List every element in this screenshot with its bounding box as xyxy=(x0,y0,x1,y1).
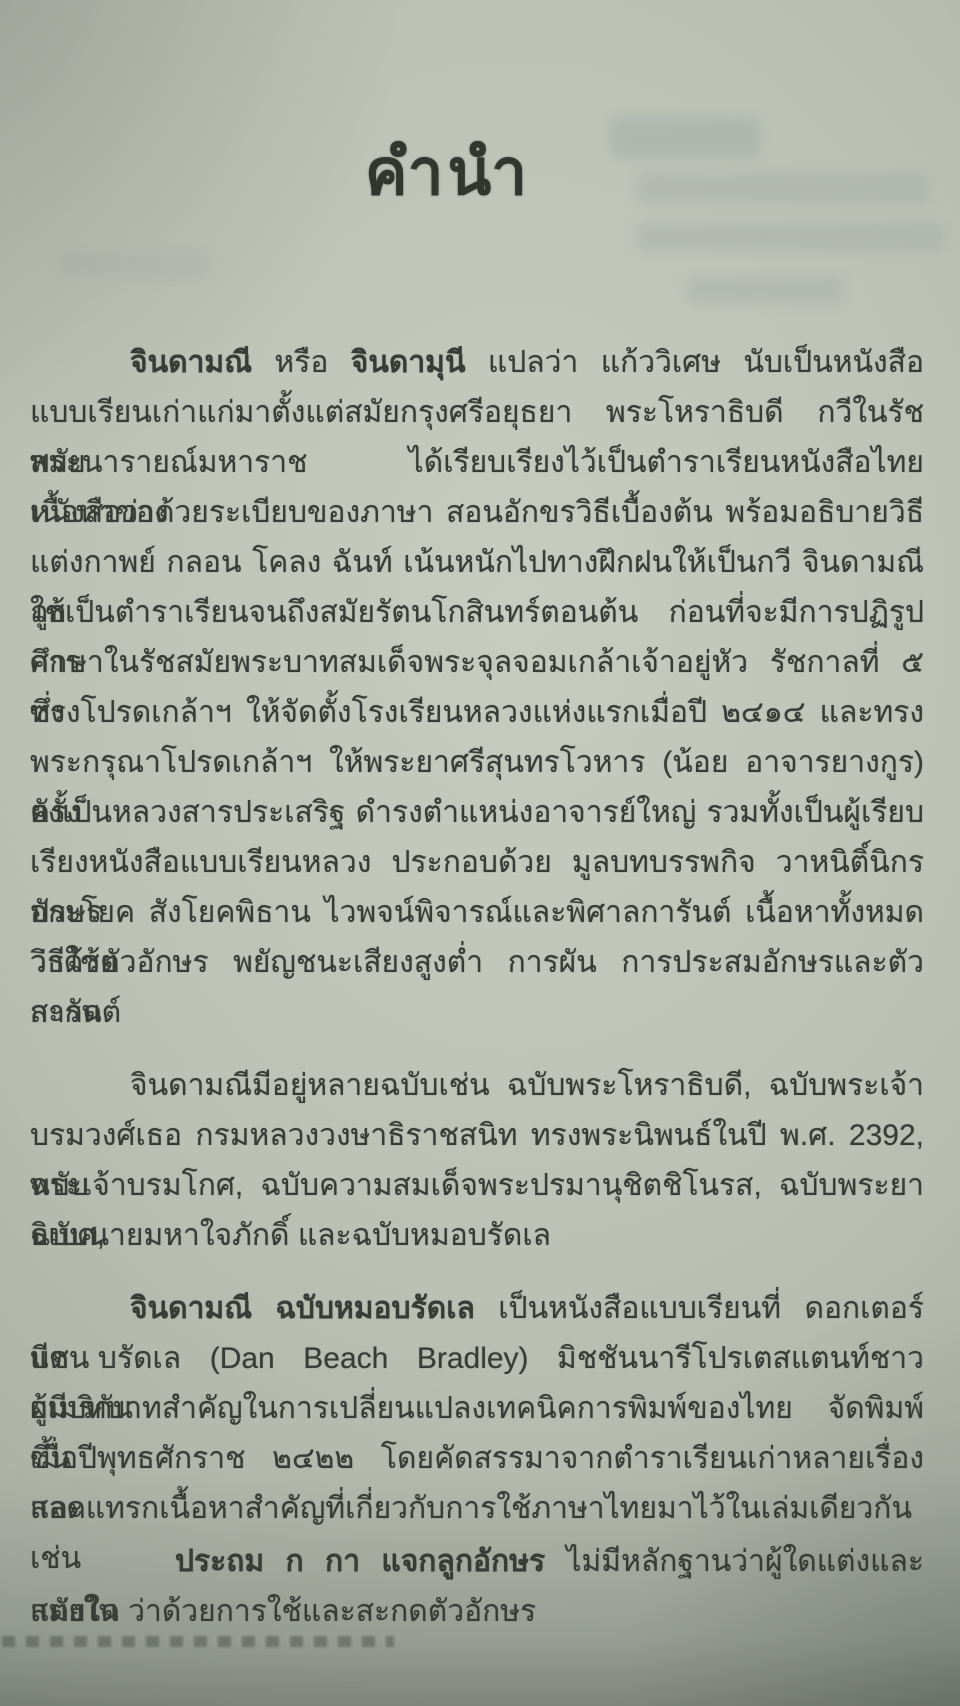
text-line: ผู้มีบทบาทสำคัญในการเปลี่ยนแปลงเทคนิคการ… xyxy=(30,1384,924,1434)
text-line: สมัยใด ว่าด้วยการใช้และสะกดตัวอักษร xyxy=(30,1587,924,1637)
text-line: ประโยค สังโยคพิธาน ไวพจน์พิจารณ์และพิศาล… xyxy=(30,888,924,938)
paragraph: จินดามณี หรือ จินดามุนี แปลว่า แก้ววิเศษ… xyxy=(30,338,924,1038)
text-segment: จินดามณีมีอยู่หลายฉบับเช่น ฉบับพระโหราธิ… xyxy=(130,1069,924,1102)
text-line: การันต์ xyxy=(30,988,924,1038)
show-through-ghost-text xyxy=(636,222,944,252)
text-line: บีช บรัดเล (Dan Beach Bradley) มิชชันนาร… xyxy=(30,1334,924,1384)
text-line: พระนารายณ์มหาราช ได้เรียบเรียงไว้เป็นตำร… xyxy=(30,438,924,488)
text-line: ฉบับนายมหาใจภักดิ์ และฉบับหมอบรัดเล xyxy=(30,1211,924,1261)
text-line: ยังเป็นหลวงสารประเสริฐ ดำรงตำแหน่งอาจารย… xyxy=(30,788,924,838)
text-segment: ฉบับนายมหาใจภักดิ์ และฉบับหมอบรัดเล xyxy=(30,1219,551,1252)
paragraph: จินดามณี ฉบับหมอบรัดเล เป็นหนังสือแบบเรี… xyxy=(30,1284,924,1534)
text-line: วิธีใช้ตัวอักษร พยัญชนะเสียงสูงต่ำ การผั… xyxy=(30,938,924,988)
text-line: บรมวงศ์เธอ กรมหลวงวงษาธิราชสนิท ทรงพระนิ… xyxy=(30,1111,924,1161)
text-line: ใช้เป็นตำราเรียนจนถึงสมัยรัตนโกสินทร์ตอน… xyxy=(30,588,924,638)
show-through-ghost-text xyxy=(686,276,844,304)
text-line: เรียงหนังสือแบบเรียนหลวง ประกอบด้วย มูลบ… xyxy=(30,838,924,888)
text-line: แบบเรียนเก่าแก่มาตั้งแต่สมัยกรุงศรีอยุธย… xyxy=(30,388,924,438)
bold-text-segment: จินดามณี xyxy=(130,346,252,379)
text-line: หนังสือว่าด้วยระเบียบของภาษา สอนอักขรวิธ… xyxy=(30,488,924,538)
show-through-ghost-text xyxy=(60,252,210,278)
text-line: แต่งกาพย์ กลอน โคลง ฉันท์ เน้นหนักไปทางฝ… xyxy=(30,538,924,588)
bold-text-segment: ประถม ก กา แจกลูกอักษร xyxy=(175,1545,545,1578)
text-line: ทรงโปรดเกล้าฯ ให้จัดตั้งโรงเรียนหลวงแห่ง… xyxy=(30,688,924,738)
text-line: ศึกษาในรัชสมัยพระบาทสมเด็จพระจุลจอมเกล้า… xyxy=(30,638,924,688)
text-line: จินดามณี หรือ จินดามุนี แปลว่า แก้ววิเศษ… xyxy=(30,338,924,388)
document-body: จินดามณี หรือ จินดามุนี แปลว่า แก้ววิเศษ… xyxy=(30,338,924,1637)
text-segment: ยังเป็นหลวงสารประเสริฐ ดำรงตำแหน่งอาจารย… xyxy=(30,796,924,829)
text-line: ประถม ก กา แจกลูกอักษร ไม่มีหลักฐานว่าผู… xyxy=(30,1537,924,1587)
paragraph: จินดามณีมีอยู่หลายฉบับเช่น ฉบับพระโหราธิ… xyxy=(30,1061,924,1261)
text-line: พระกรุณาโปรดเกล้าฯ ให้พระยาศรีสุนทรโวหาร… xyxy=(30,738,924,788)
page-title: คำนำ xyxy=(0,121,928,223)
text-segment: สมัยใด ว่าด้วยการใช้และสะกดตัวอักษร xyxy=(30,1595,536,1628)
text-line: จินดามณี ฉบับหมอบรัดเล เป็นหนังสือแบบเรี… xyxy=(30,1284,924,1334)
text-line: สอดแทรกเนื้อหาสำคัญที่เกี่ยวกับการใช้ภาษ… xyxy=(30,1484,924,1534)
paragraph: ประถม ก กา แจกลูกอักษร ไม่มีหลักฐานว่าผู… xyxy=(30,1537,924,1637)
text-segment: หนังสือว่าด้วยระเบียบของภาษา สอนอักขรวิธ… xyxy=(30,496,924,529)
bold-text-segment: จินดามุนี xyxy=(351,346,466,379)
text-segment: หรือ xyxy=(252,346,351,379)
text-line: จินดามณีมีอยู่หลายฉบับเช่น ฉบับพระโหราธิ… xyxy=(30,1061,924,1111)
text-segment: การันต์ xyxy=(30,996,121,1029)
text-line: พระเจ้าบรมโกศ, ฉบับความสมเด็จพระปรมานุชิ… xyxy=(30,1161,924,1211)
text-line: เมื่อปีพุทธศักราช ๒๔๒๒ โดยคัดสรรมาจากตำร… xyxy=(30,1434,924,1484)
text-segment: แปลว่า แก้ววิเศษ นับเป็นหนังสือ xyxy=(465,346,924,379)
text-segment: ทรงโปรดเกล้าฯ ให้จัดตั้งโรงเรียนหลวงแห่ง… xyxy=(30,696,924,729)
bold-text-segment: จินดามณี ฉบับหมอบรัดเล xyxy=(130,1292,475,1325)
show-through-ghost-line xyxy=(2,1636,394,1647)
